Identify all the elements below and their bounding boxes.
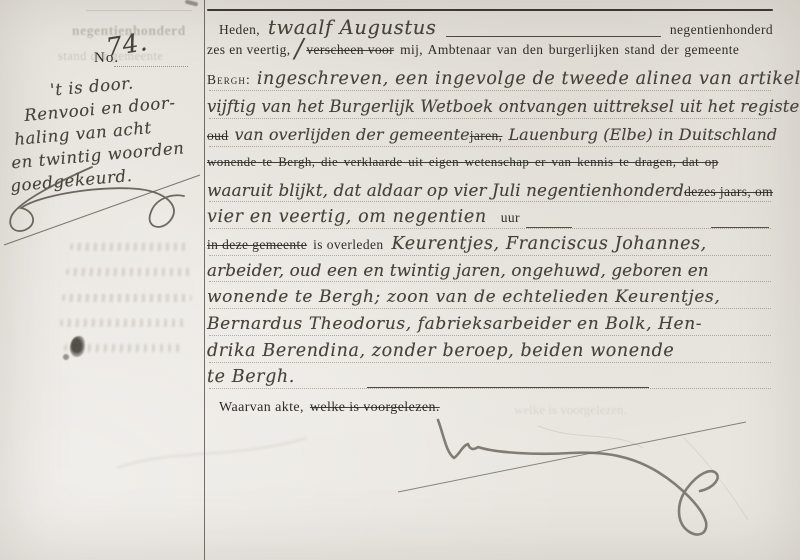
form-line-death-date: waaruit blijkt, dat aldaar op vier Juli … xyxy=(207,180,773,206)
blank-filler-line xyxy=(446,36,661,37)
printed-text: Heden, xyxy=(219,22,260,38)
handwritten-name: Keurentjes, Franciscus Johannes, xyxy=(392,234,707,254)
ink-blot xyxy=(70,336,85,357)
printed-text-struck: verscheen voor xyxy=(306,42,394,58)
handwritten-text: ingeschreven, een ingevolge de tweede al… xyxy=(257,69,800,89)
printed-text: negentienhonderd xyxy=(670,22,773,38)
form-line-death-hour: vier en veertig, om negentien uur xyxy=(207,207,773,233)
form-line-closing-place: te Bergh. xyxy=(207,367,773,393)
municipality-label: Bergh: xyxy=(207,72,251,88)
form-line-registration: Bergh: ingeschreven, een ingevolge de tw… xyxy=(207,69,773,95)
printed-text: Waarvan akte, xyxy=(219,400,304,416)
bleed-through-script xyxy=(66,268,192,276)
signature-flourish xyxy=(388,412,760,552)
handwritten-text: arbeider, oud een en twintig jaren, onge… xyxy=(207,260,709,280)
bleed-through-flourish xyxy=(112,430,312,475)
death-certificate-scan: negentienhonderd stand der gemeente welk… xyxy=(0,0,800,560)
handwritten-text: wonende te Bergh; zoon van de echteliede… xyxy=(207,287,720,307)
bleed-through-script xyxy=(60,319,188,327)
form-line-register-place: oud van overlijden der gemeente jaren, L… xyxy=(207,125,773,151)
printed-text: is overleden xyxy=(313,237,383,253)
handwritten-text: Bernardus Theodorus, fabrieksarbeider en… xyxy=(207,314,702,334)
form-line-residence-parents: wonende te Bergh; zoon van de echteliede… xyxy=(207,287,773,313)
ink-blot xyxy=(63,354,69,360)
form-line-deceased-name: in deze gemeente is overleden Keurentjes… xyxy=(207,234,773,260)
printed-text-struck: oud xyxy=(207,128,228,144)
form-line-year-official: zes en veertig, / verscheen voor mij, Am… xyxy=(207,42,773,68)
blank-filler-line xyxy=(526,227,572,228)
blank-filler-line xyxy=(367,387,649,388)
printed-text-struck: dezes jaars, om xyxy=(684,184,773,200)
handwritten-text: drika Berendina, zonder beroep, beiden w… xyxy=(207,341,674,361)
printed-text-struck: in deze gemeente xyxy=(207,237,307,253)
printed-text-struck: jaren, xyxy=(470,128,503,144)
handwritten-text: te Bergh. xyxy=(207,367,295,387)
form-line-occupation-age: arbeider, oud een en twintig jaren, onge… xyxy=(207,260,773,286)
top-horizontal-rule xyxy=(207,9,773,11)
printed-text: uur xyxy=(501,210,520,226)
faint-bleed-rule xyxy=(86,10,192,11)
printed-text: mij, Ambtenaar van den burgerlijken stan… xyxy=(400,42,739,58)
handwritten-text: waaruit blijkt, dat aldaar op vier Juli … xyxy=(207,180,684,200)
handwritten-place: Lauenburg (Elbe) in Duitschland xyxy=(508,125,777,144)
printed-text: zes en veertig, xyxy=(207,42,291,58)
handwritten-date: twaalf Augustus xyxy=(268,16,437,39)
ink-smudge-top xyxy=(185,0,199,7)
bleed-through-script xyxy=(62,294,192,302)
margin-vertical-rule xyxy=(204,0,205,560)
printed-text-struck: wonende te Bergh, die verklaarde uit eig… xyxy=(207,154,719,170)
margin-signature-flourish xyxy=(0,155,205,255)
form-line-date: Heden, twaalf Augustus negentienhonderd xyxy=(207,16,773,42)
bleed-through-script xyxy=(70,243,188,251)
handwritten-text: vijftig van het Burgerlijk Wetboek ontva… xyxy=(207,97,800,116)
form-line-article: vijftig van het Burgerlijk Wetboek ontva… xyxy=(207,97,773,123)
form-line-declaration-struck: wonende te Bergh, die verklaarde uit eig… xyxy=(207,154,773,180)
handwritten-text: vier en veertig, om negentien xyxy=(207,207,487,227)
blank-filler-line xyxy=(711,227,769,228)
form-line-father-mother: Bernardus Theodorus, fabrieksarbeider en… xyxy=(207,314,773,340)
handwritten-text: van overlijden der gemeente xyxy=(234,125,469,144)
form-line-mother-occupation: drika Berendina, zonder beroep, beiden w… xyxy=(207,341,773,367)
